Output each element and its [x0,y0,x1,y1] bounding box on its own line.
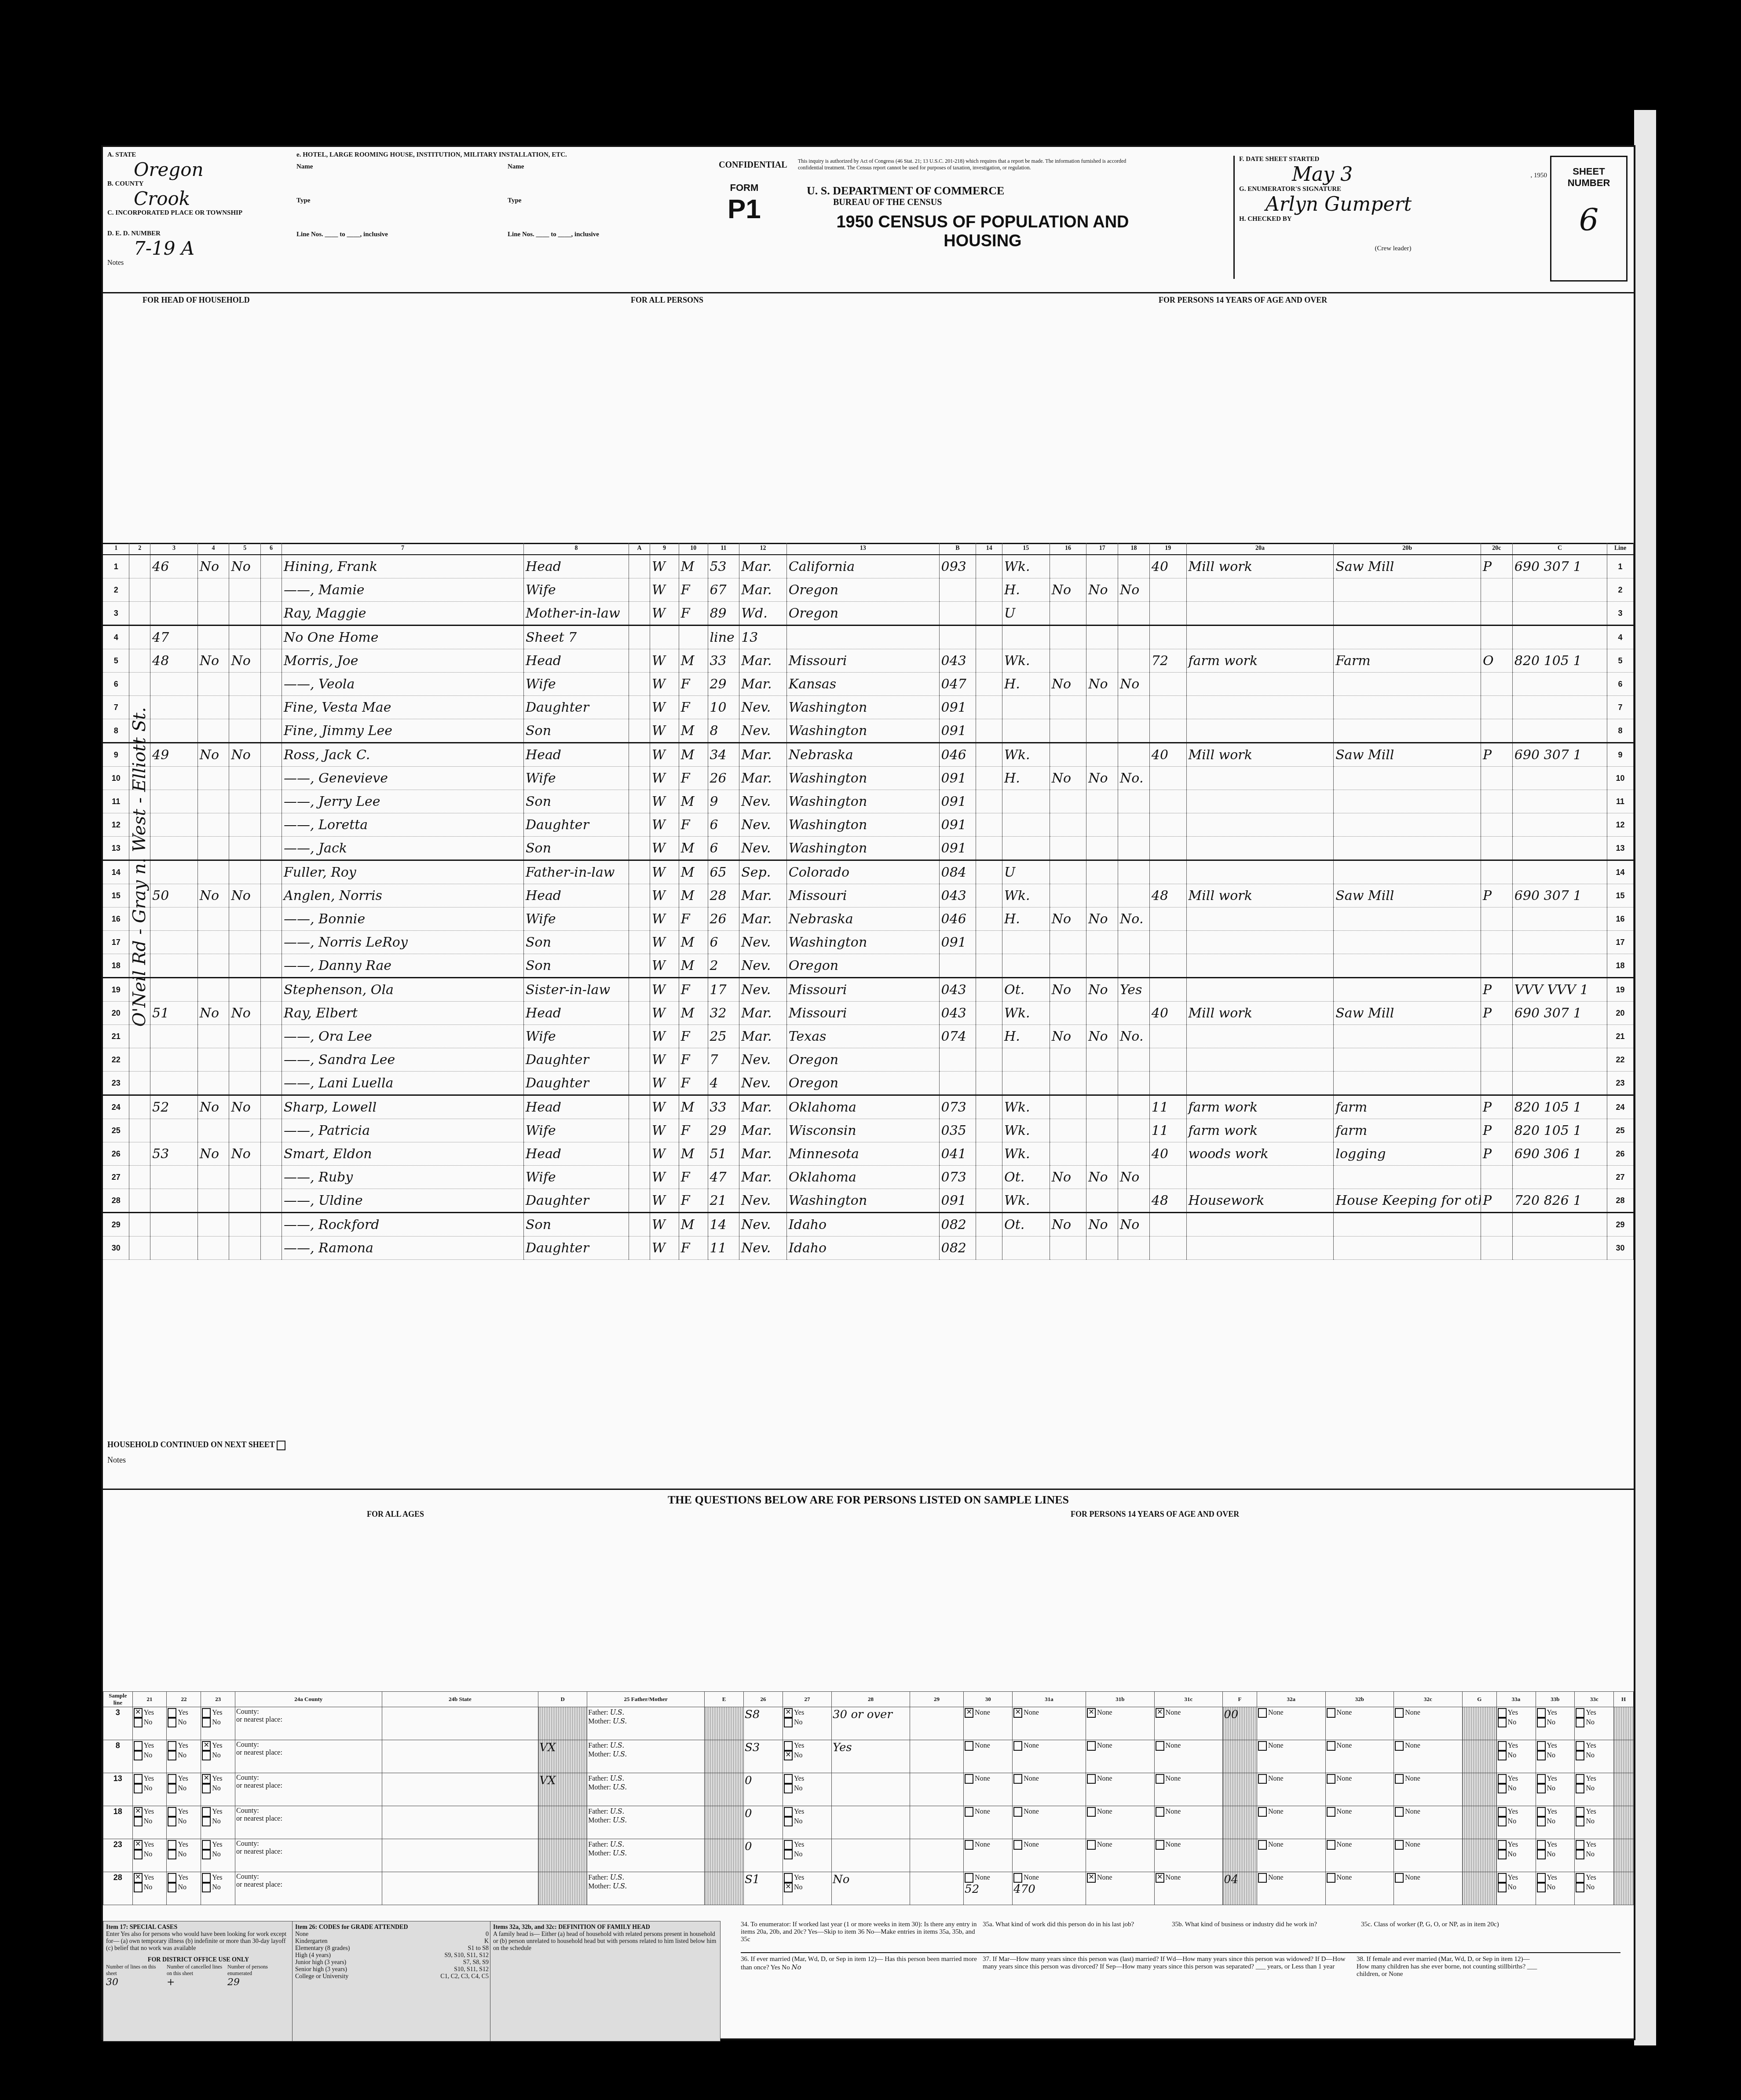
question-35b: 35b. What kind of business or industry d… [1172,1921,1357,1943]
no-checkbox[interactable] [1537,1850,1546,1859]
no-checkbox[interactable] [134,1784,143,1793]
cell-blank6 [261,719,282,743]
sample-cell-q22: YesNo [167,1839,201,1872]
cell-b14 [976,696,1002,719]
none-checkbox[interactable] [1156,1840,1164,1850]
cell-q18 [1118,860,1150,884]
cell-line: 1 [1607,555,1634,578]
county-value: Crook [134,188,292,209]
yes-checkbox[interactable]: ✕ [134,1807,143,1817]
sample-col-header: 31a [1013,1692,1086,1707]
no-checkbox[interactable] [1498,1718,1507,1727]
sample-cell-state [382,1839,538,1872]
county-label: b. COUNTY [107,180,292,188]
cell-age: 33 [708,649,739,673]
none-checkbox[interactable] [1395,1840,1404,1850]
none-checkbox[interactable] [1156,1774,1164,1784]
cell-b14 [976,1119,1002,1142]
cell-name: ——, Jerry Lee [282,790,524,813]
yes-checkbox[interactable] [168,1807,176,1817]
cell-a [629,1119,650,1142]
cell-blank6 [261,1166,282,1189]
no-checkbox[interactable] [202,1718,211,1727]
no-checkbox[interactable] [1576,1751,1584,1760]
cell-serial [150,1072,198,1095]
cell-birthplace: Washington [786,931,939,954]
section-persons-14: FOR PERSONS 14 YEARS OF AGE AND OVER [1159,296,1327,305]
cell-marital: Mar. [739,1095,787,1119]
table-row: 21——, Ora LeeWifeWF25Mar.Texas074H.NoNoN… [103,1025,1634,1048]
sample-col-header: 22 [167,1692,201,1707]
none-checkbox[interactable]: ✕ [1087,1873,1096,1883]
yes-checkbox[interactable]: ✕ [134,1840,143,1850]
yes-checkbox[interactable] [784,1807,793,1817]
sample-cell-q26: 0 [743,1839,783,1872]
cell-line: 8 [1607,719,1634,743]
sample-cell-q29 [910,1707,963,1740]
cell-rel: Sister-in-law [524,978,629,1002]
cell-occupation [1186,813,1334,837]
yes-checkbox[interactable] [1576,1840,1584,1850]
cell-age: 6 [708,813,739,837]
cell-serial [150,907,198,931]
no-checkbox[interactable] [202,1883,211,1892]
no-checkbox[interactable] [1537,1718,1546,1727]
cell-blank6 [261,1072,282,1095]
no-checkbox[interactable] [1537,1817,1546,1826]
cell-q17: No [1086,767,1118,790]
none-checkbox[interactable] [1087,1840,1096,1850]
sample-cell-q32b: None [1325,1839,1394,1872]
yes-checkbox[interactable] [784,1840,793,1850]
none-checkbox[interactable] [965,1873,973,1883]
none-checkbox[interactable] [1013,1774,1022,1784]
no-checkbox[interactable] [784,1718,793,1727]
none-checkbox[interactable] [1327,1840,1335,1850]
none-checkbox[interactable] [1156,1807,1164,1817]
crew-leader-label: (Crew leader) [1239,245,1547,252]
sample-col-header: 28 [832,1692,910,1707]
cell-occupation: farm work [1186,649,1334,673]
cell-acres: No [229,1095,261,1119]
cell-serial: 46 [150,555,198,578]
cell-blank6 [261,1095,282,1119]
cell-hours [1149,602,1186,626]
sample-cell-q33b: YesNo [1536,1740,1575,1773]
sample-cell-d [538,1872,587,1905]
yes-checkbox[interactable] [202,1807,211,1817]
cell-birthplace: Minnesota [786,1142,939,1166]
none-checkbox[interactable]: ✕ [965,1708,973,1718]
none-checkbox[interactable] [1327,1873,1335,1883]
none-checkbox[interactable] [1395,1741,1404,1751]
cell-code: 091 [939,813,976,837]
cell-farm: No [198,743,229,767]
none-checkbox[interactable] [965,1807,973,1817]
no-checkbox[interactable]: ✕ [784,1751,793,1760]
sample-cell-d: VX [538,1773,587,1806]
no-checkbox[interactable] [168,1817,176,1826]
cell-industry: House Keeping for others [1334,1189,1481,1213]
cell-age: 7 [708,1048,739,1072]
cell-c [1512,626,1607,649]
sample-cell-e [705,1707,744,1740]
cell-line: 17 [103,931,129,954]
yes-checkbox[interactable] [1537,1873,1546,1883]
cell-blank6 [261,884,282,907]
sample-cell-fm: Father: U.S.Mother: U.S. [587,1872,705,1905]
no-checkbox[interactable] [1576,1883,1584,1892]
cell-b14 [976,931,1002,954]
no-checkbox[interactable] [1576,1784,1584,1793]
none-checkbox[interactable] [1013,1741,1022,1751]
sample-row: 23✕YesNoYesNoYesNoCounty:or nearest plac… [103,1839,1634,1872]
cell-age: 51 [708,1142,739,1166]
yes-checkbox[interactable] [168,1741,176,1751]
cell-birthplace: Texas [786,1025,939,1048]
sample-cell-q26: S1 [743,1872,783,1905]
yes-checkbox[interactable] [202,1708,211,1718]
cell-b14 [976,767,1002,790]
sample-cell-q32a: None [1257,1707,1325,1740]
cell-class [1481,1048,1513,1072]
no-checkbox[interactable] [1576,1850,1584,1859]
sample-cell-q31b: None [1086,1839,1154,1872]
cell-name: Ross, Jack C. [282,743,524,767]
cell-code: 091 [939,790,976,813]
no-checkbox[interactable] [168,1751,176,1760]
yes-checkbox[interactable] [168,1873,176,1883]
ed-number: 7-19 A [134,238,292,259]
none-checkbox[interactable] [965,1774,973,1784]
yes-checkbox[interactable] [1576,1807,1584,1817]
sample-col-header: 30 [964,1692,1013,1707]
cell-birthplace: Washington [786,696,939,719]
cell-race: W [650,555,679,578]
no-checkbox[interactable] [1498,1817,1507,1826]
date-started: May 3 [1292,163,1353,186]
none-checkbox[interactable] [1258,1741,1267,1751]
none-checkbox[interactable] [1395,1708,1404,1718]
yes-checkbox[interactable] [1498,1873,1507,1883]
no-checkbox[interactable] [1537,1883,1546,1892]
none-checkbox[interactable]: ✕ [1087,1708,1096,1718]
cell-b14 [976,1048,1002,1072]
none-checkbox[interactable]: ✕ [1156,1708,1164,1718]
cell-industry [1334,1072,1481,1095]
hotel-type-label: Type [296,197,490,205]
cell-marital: Nev. [739,1213,787,1237]
cell-race: W [650,602,679,626]
yes-checkbox[interactable] [134,1741,143,1751]
no-checkbox[interactable] [134,1817,143,1826]
yes-checkbox[interactable] [784,1741,793,1751]
cell-work: Wk. [1002,649,1050,673]
no-checkbox[interactable] [1537,1751,1546,1760]
cell-age: 32 [708,1002,739,1025]
district-office-title: FOR DISTRICT OFFICE USE ONLY [106,1957,291,1964]
yes-checkbox[interactable] [1537,1774,1546,1784]
none-checkbox[interactable] [1087,1741,1096,1751]
no-checkbox[interactable] [1537,1784,1546,1793]
cell-occupation: woods work [1186,1142,1334,1166]
cell-q16: No [1050,1213,1086,1237]
cell-industry [1334,767,1481,790]
yes-checkbox[interactable] [784,1774,793,1784]
none-checkbox[interactable] [965,1840,973,1850]
cell-blank6 [261,743,282,767]
yes-checkbox[interactable] [134,1774,143,1784]
yes-checkbox[interactable]: ✕ [784,1708,793,1718]
cell-blank6 [261,978,282,1002]
none-checkbox[interactable] [1156,1741,1164,1751]
no-checkbox[interactable] [1576,1718,1584,1727]
cell-b14 [976,1072,1002,1095]
yes-checkbox[interactable] [202,1840,211,1850]
no-checkbox[interactable] [202,1850,211,1859]
no-checkbox[interactable]: ✕ [784,1883,793,1892]
sample-cell-q33b: YesNo [1536,1773,1575,1806]
cell-farm [198,1048,229,1072]
yes-checkbox[interactable] [1576,1774,1584,1784]
cell-rel: Daughter [524,813,629,837]
none-checkbox[interactable] [1327,1741,1335,1751]
no-checkbox[interactable] [1498,1883,1507,1892]
sample-cell-q33c: YesNo [1575,1839,1614,1872]
no-checkbox[interactable] [134,1751,143,1760]
cell-a [629,555,650,578]
cell-name: ——, Ora Lee [282,1025,524,1048]
none-checkbox[interactable] [1013,1840,1022,1850]
sample-cell-q26: 0 [743,1773,783,1806]
cell-acres [229,907,261,931]
sample-col-header: 23 [201,1692,235,1707]
cell-name: ——, Sandra Lee [282,1048,524,1072]
yes-checkbox[interactable] [168,1708,176,1718]
yes-checkbox[interactable]: ✕ [202,1774,211,1784]
cell-race: W [650,696,679,719]
cell-c [1512,1048,1607,1072]
none-checkbox[interactable] [1258,1873,1267,1883]
no-checkbox[interactable] [168,1718,176,1727]
no-checkbox[interactable] [168,1850,176,1859]
none-checkbox[interactable] [1258,1807,1267,1817]
none-checkbox[interactable] [1013,1807,1022,1817]
yes-checkbox[interactable] [168,1840,176,1850]
none-checkbox[interactable] [1087,1774,1096,1784]
none-checkbox[interactable]: ✕ [1156,1873,1164,1883]
cell-class [1481,1237,1513,1260]
cell-rel: Head [524,743,629,767]
no-checkbox[interactable] [202,1817,211,1826]
no-checkbox[interactable] [134,1883,143,1892]
cell-code: 073 [939,1166,976,1189]
cell-name: ——, Ruby [282,1166,524,1189]
cell-sex: M [679,837,708,860]
cell-birthplace: Missouri [786,884,939,907]
cell-q18 [1118,931,1150,954]
population-grid: 123456 78A91011 1213B141516 17181920a20b… [103,543,1634,1260]
cell-line: 22 [103,1048,129,1072]
cell-line: 28 [103,1189,129,1213]
cell-line: 2 [1607,578,1634,602]
no-checkbox[interactable] [202,1784,211,1793]
none-checkbox[interactable] [965,1741,973,1751]
cell-street [129,884,150,907]
cell-line: 27 [1607,1166,1634,1189]
cell-a [629,860,650,884]
cell-code: 047 [939,673,976,696]
sample-cell-q33b: YesNo [1536,1806,1575,1839]
yes-checkbox[interactable] [1498,1774,1507,1784]
sample-col-header: 33a [1496,1692,1536,1707]
yes-checkbox[interactable] [1498,1840,1507,1850]
yes-checkbox[interactable] [1537,1807,1546,1817]
cell-acres [229,1119,261,1142]
no-checkbox[interactable] [134,1718,143,1727]
cell-age: 29 [708,673,739,696]
table-row: 23——, Lani LuellaDaughterWF4Nev.Oregon23 [103,1072,1634,1095]
cell-code: 046 [939,743,976,767]
cell-race [650,626,679,649]
no-checkbox[interactable] [1498,1751,1507,1760]
none-checkbox[interactable] [1258,1708,1267,1718]
cell-work: Wk. [1002,743,1050,767]
cell-race: W [650,1072,679,1095]
cell-work: H. [1002,673,1050,696]
cell-rel: Wife [524,907,629,931]
cell-c: 820 105 1 [1512,1119,1607,1142]
yes-checkbox[interactable] [1498,1708,1507,1718]
yes-checkbox[interactable] [168,1774,176,1784]
yes-checkbox[interactable]: ✕ [134,1708,143,1718]
cell-rel: Mother-in-law [524,602,629,626]
yes-checkbox[interactable] [202,1873,211,1883]
sample-cell-f [1223,1740,1257,1773]
cell-a [629,649,650,673]
cell-race: W [650,1119,679,1142]
question-34: 34. To enumerator: If worked last year (… [741,1921,978,1943]
yes-checkbox[interactable] [1576,1873,1584,1883]
none-checkbox[interactable] [1327,1708,1335,1718]
cell-race: W [650,1213,679,1237]
none-checkbox[interactable] [1395,1774,1404,1784]
no-checkbox[interactable] [168,1784,176,1793]
cell-a [629,790,650,813]
sample-cell-q32b: None [1325,1740,1394,1773]
none-checkbox[interactable] [1258,1774,1267,1784]
cell-q16 [1050,555,1086,578]
yes-checkbox[interactable] [1537,1741,1546,1751]
yes-checkbox[interactable] [1537,1840,1546,1850]
yes-checkbox[interactable] [1498,1807,1507,1817]
checked-by-label: h. CHECKED BY [1239,216,1547,223]
yes-checkbox[interactable]: ✕ [134,1873,143,1883]
cell-q16: No [1050,1166,1086,1189]
cell-class [1481,578,1513,602]
cell-marital: 13 [739,626,787,649]
yes-checkbox[interactable] [1498,1741,1507,1751]
cell-age: 29 [708,1119,739,1142]
cell-farm [198,813,229,837]
cell-code: 091 [939,719,976,743]
sample-cell-q23: ✕YesNo [201,1773,235,1806]
cell-rel: Son [524,931,629,954]
no-checkbox[interactable] [1498,1784,1507,1793]
cell-farm [198,931,229,954]
none-checkbox[interactable] [1395,1873,1404,1883]
sample-cell-q31a: None [1013,1839,1086,1872]
cell-a [629,884,650,907]
sample-cell-q22: YesNo [167,1872,201,1905]
table-row: 12——, LorettaDaughterWF6Nev.Washington09… [103,813,1634,837]
no-checkbox[interactable] [784,1817,793,1826]
cell-work [1002,1237,1050,1260]
cell-blank6 [261,813,282,837]
cell-hours [1149,1166,1186,1189]
sample-cell-county: County:or nearest place: [235,1740,382,1773]
no-checkbox[interactable] [784,1850,793,1859]
cell-q17: No [1086,1025,1118,1048]
yes-checkbox[interactable] [784,1873,793,1883]
no-checkbox[interactable] [1576,1817,1584,1826]
yes-checkbox[interactable] [1576,1741,1584,1751]
none-checkbox[interactable] [1258,1840,1267,1850]
none-checkbox[interactable] [1395,1807,1404,1817]
cell-code: 082 [939,1213,976,1237]
no-checkbox[interactable] [168,1883,176,1892]
cell-name: ——, Norris LeRoy [282,931,524,954]
sample-cell-sample: 8 [103,1740,133,1773]
none-checkbox[interactable] [1327,1807,1335,1817]
yes-checkbox[interactable] [1537,1708,1546,1718]
none-checkbox[interactable] [1327,1774,1335,1784]
none-checkbox[interactable] [1087,1807,1096,1817]
cell-marital: Mar. [739,649,787,673]
cell-marital: Mar. [739,1142,787,1166]
cell-race: W [650,767,679,790]
cell-serial [150,931,198,954]
cell-line: 25 [1607,1119,1634,1142]
no-checkbox[interactable] [1498,1850,1507,1859]
yes-checkbox[interactable] [1576,1708,1584,1718]
cell-serial [150,1237,198,1260]
cell-sex: F [679,1048,708,1072]
none-checkbox[interactable] [1013,1873,1022,1883]
cell-industry [1334,813,1481,837]
continued-checkbox[interactable] [277,1441,285,1450]
yes-checkbox[interactable]: ✕ [202,1741,211,1751]
cell-line: 9 [103,743,129,767]
table-row: 2452NoNoSharp, LowellHeadWM33Mar.Oklahom… [103,1095,1634,1119]
no-checkbox[interactable] [784,1784,793,1793]
none-checkbox[interactable]: ✕ [1013,1708,1022,1718]
cell-birthplace: Nebraska [786,907,939,931]
no-checkbox[interactable] [134,1850,143,1859]
cell-sex: M [679,555,708,578]
cell-name: Anglen, Norris [282,884,524,907]
cell-line: 22 [1607,1048,1634,1072]
sample-cell-q33a: YesNo [1496,1839,1536,1872]
item26-codes-box: Item 26: CODES for GRADE ATTENDED None0K… [292,1921,492,2041]
no-checkbox[interactable] [202,1751,211,1760]
cell-farm [198,978,229,1002]
cell-q18 [1118,1142,1150,1166]
cell-b14 [976,673,1002,696]
cell-street [129,1213,150,1237]
sample-cell-fm: Father: U.S.Mother: U.S. [587,1773,705,1806]
cell-acres [229,1189,261,1213]
